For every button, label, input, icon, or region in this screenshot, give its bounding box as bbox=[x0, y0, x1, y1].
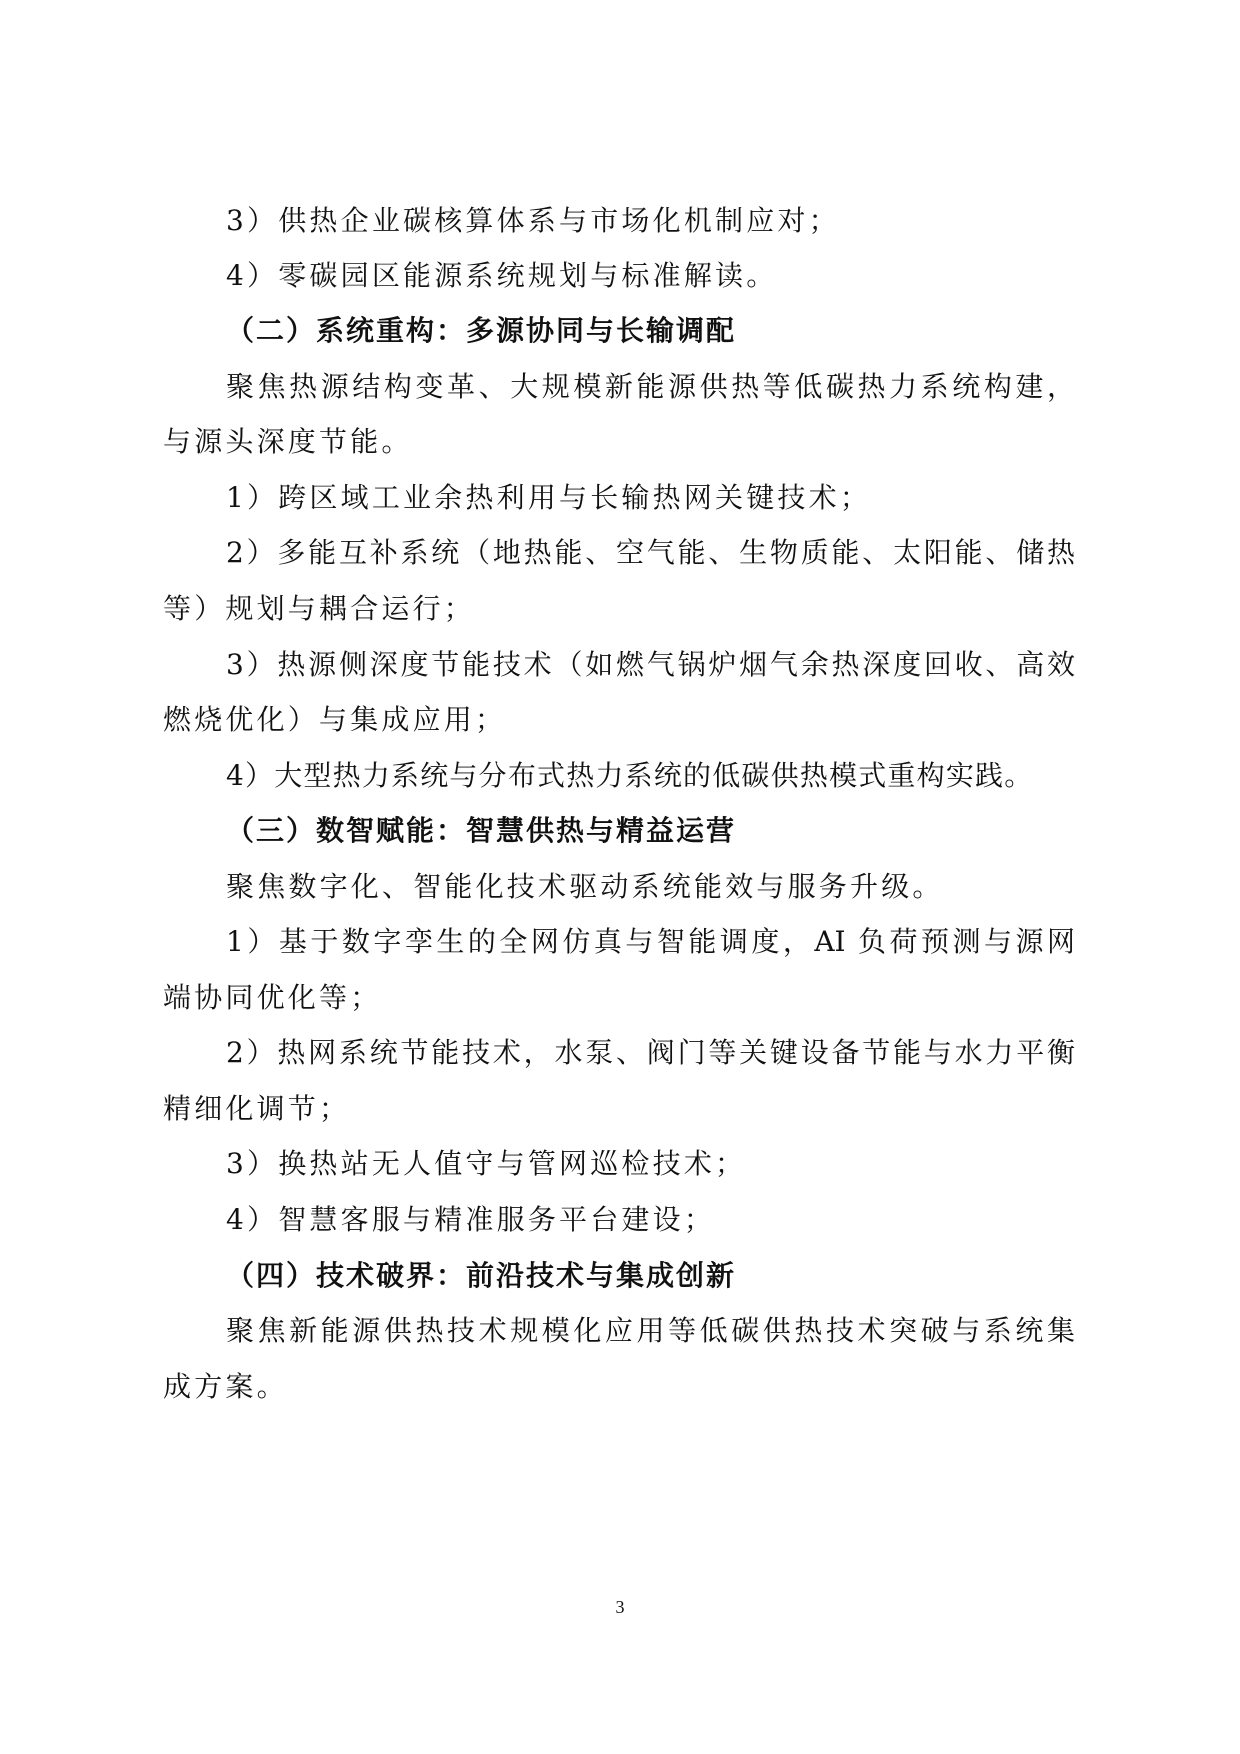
page-number: 3 bbox=[0, 1597, 1240, 1618]
section-heading-3: （三）数智赋能：智慧供热与精益运营 bbox=[226, 811, 736, 851]
list-item-2-3-line-2: 燃烧优化）与集成应用； bbox=[163, 700, 506, 740]
list-item-2-2-line-2: 等）规划与耦合运行； bbox=[163, 589, 475, 629]
list-item-2-2-line-1: 2）多能互补系统（地热能、空气能、生物质能、太阳能、储热 bbox=[226, 533, 1075, 573]
paragraph-4-line-1: 聚焦新能源供热技术规模化应用等低碳供热技术突破与系统集 bbox=[226, 1311, 1075, 1351]
list-item-2-1: 1）跨区域工业余热利用与长输热网关键技术； bbox=[226, 478, 871, 518]
paragraph-2-line-1: 聚焦热源结构变革、大规模新能源供热等低碳热力系统构建， bbox=[226, 367, 1075, 407]
paragraph-4-line-2: 成方案。 bbox=[163, 1367, 288, 1407]
list-item-3-3: 3）换热站无人值守与管网巡检技术； bbox=[226, 1144, 746, 1184]
paragraph-2-line-2: 与源头深度节能。 bbox=[163, 422, 413, 462]
list-item-3-carbon-accounting: 3）供热企业碳核算体系与市场化机制应对； bbox=[226, 201, 840, 241]
list-item-2-3-line-1: 3）热源侧深度节能技术（如燃气锅炉烟气余热深度回收、高效 bbox=[226, 645, 1075, 685]
list-item-3-1-line-2: 端协同优化等； bbox=[163, 978, 381, 1018]
list-item-4-zero-carbon-park: 4）零碳园区能源系统规划与标准解读。 bbox=[226, 256, 777, 296]
list-item-3-1-line-1: 1）基于数字孪生的全网仿真与智能调度，AI 负荷预测与源网 bbox=[226, 922, 1075, 962]
list-item-2-4: 4）大型热力系统与分布式热力系统的低碳供热模式重构实践。 bbox=[226, 756, 1033, 796]
paragraph-3: 聚焦数字化、智能化技术驱动系统能效与服务升级。 bbox=[226, 867, 944, 907]
section-heading-2: （二）系统重构：多源协同与长输调配 bbox=[226, 311, 736, 351]
list-item-3-2-line-1: 2）热网系统节能技术，水泵、阀门等关键设备节能与水力平衡 bbox=[226, 1033, 1075, 1073]
document-page: 3）供热企业碳核算体系与市场化机制应对； 4）零碳园区能源系统规划与标准解读。 … bbox=[0, 0, 1240, 1754]
section-heading-4: （四）技术破界：前沿技术与集成创新 bbox=[226, 1256, 736, 1296]
list-item-3-2-line-2: 精细化调节； bbox=[163, 1089, 350, 1129]
list-item-3-4: 4）智慧客服与精准服务平台建设； bbox=[226, 1200, 715, 1240]
